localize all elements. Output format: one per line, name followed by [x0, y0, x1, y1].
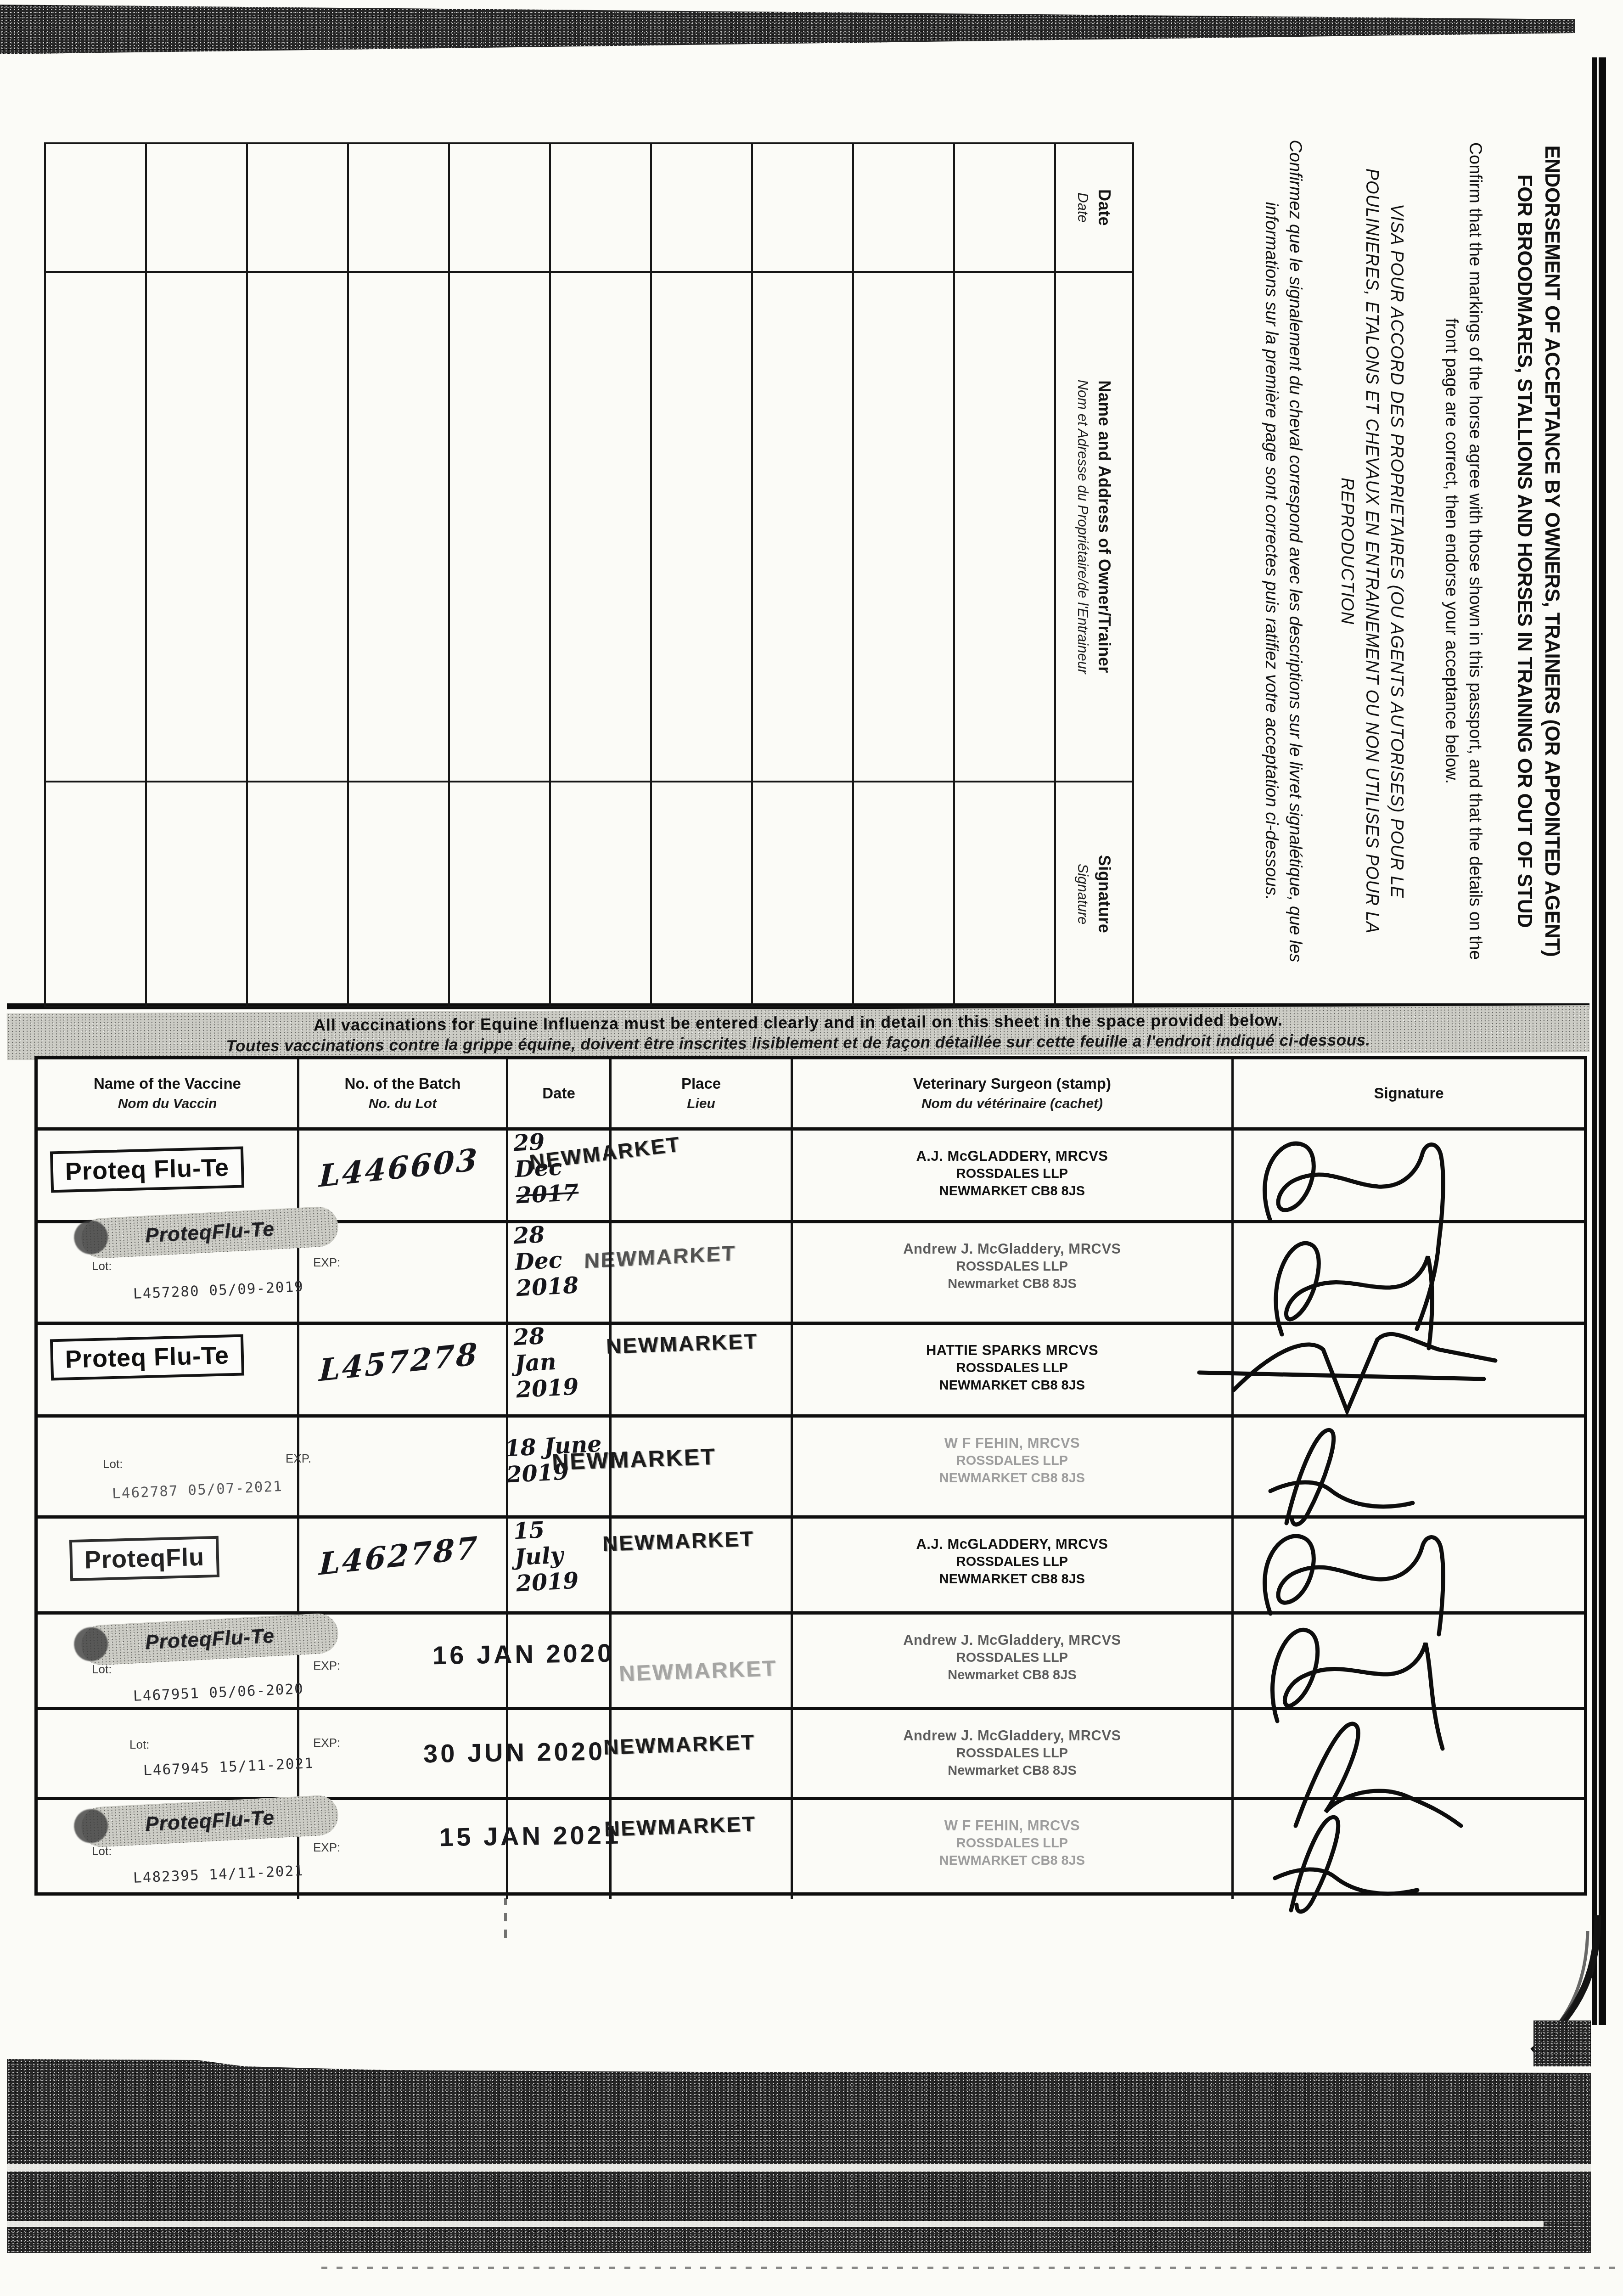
- vet-cell: Andrew J. McGladdery, MRCVS ROSSDALES LL…: [793, 1710, 1234, 1800]
- date-cell: 28 Jan 2019: [508, 1325, 612, 1418]
- place-cell: NEWMARKET: [612, 1800, 793, 1899]
- vet-name: W F FEHIN, MRCVS: [793, 1817, 1231, 1835]
- sticker-label: ProteqFlu-Te: [145, 1218, 275, 1248]
- signature-scribble: [1208, 1796, 1530, 1916]
- vaccine-stamp: Proteq Flu-Te: [50, 1147, 244, 1193]
- vet-cell: A.J. McGLADDERY, MRCVS ROSSDALES LLP NEW…: [793, 1131, 1234, 1223]
- vaccine-cell: Lot: EXP. L462787 05/07-2021: [38, 1418, 299, 1519]
- header-signature-label: Signature: [1374, 1085, 1443, 1102]
- header-vet: Veterinary Surgeon (stamp) Nom du vétéri…: [793, 1059, 1234, 1131]
- endorsement-empty-row: [45, 143, 146, 1007]
- signature-cell: [1234, 1418, 1584, 1519]
- place-cell: NEWMARKET: [612, 1519, 793, 1615]
- vaccine-stamp: Proteq Flu-Te: [50, 1334, 244, 1381]
- place-stamp: NEWMARKET: [551, 1443, 716, 1475]
- scan-artifact-right-border: [1592, 57, 1606, 2025]
- header-place-fr: Lieu: [687, 1096, 715, 1112]
- vaccine-cell: ProteqFlu-Te Lot: EXP: L482395 14/11-202…: [38, 1800, 299, 1899]
- vet-stamp: A.J. McGLADDERY, MRCVS ROSSDALES LLP NEW…: [793, 1535, 1231, 1588]
- batch-cell: [299, 1418, 508, 1519]
- vet-stamp: HATTIE SPARKS MRCVS ROSSDALES LLP NEWMAR…: [793, 1341, 1231, 1395]
- endorsement-empty-row: [651, 143, 752, 1007]
- vaccine-cell: ProteqFlu-Te Lot: EXP: L467951 05/06-202…: [38, 1615, 299, 1710]
- date-year: 2017: [516, 1179, 579, 1209]
- scan-artifact-dashed-line: [321, 2267, 1622, 2269]
- endorsement-text-block: ENDORSEMENT OF ACCEPTANCE BY OWNERS, TRA…: [1178, 117, 1563, 985]
- vaccine-stamp: ProteqFlu: [69, 1536, 219, 1581]
- vet-address: NEWMARKET CB8 8JS: [793, 1852, 1231, 1870]
- place-cell: NEWMARKET: [612, 1710, 793, 1800]
- vet-name: Andrew J. McGladdery, MRCVS: [793, 1727, 1231, 1745]
- header-batch: No. of the Batch No. du Lot: [299, 1059, 508, 1131]
- signature-cell: [1234, 1710, 1584, 1800]
- horse-passport-page: Date Date Name and Address of Owner/Trai…: [0, 0, 1623, 2296]
- lot-number: L482395 14/11-2021: [133, 1863, 304, 1886]
- lot-label: Lot:: [92, 1844, 112, 1858]
- header-date-label: Date: [542, 1085, 575, 1102]
- vet-practice: ROSSDALES LLP: [793, 1745, 1231, 1762]
- endorsement-empty-row: [146, 143, 247, 1007]
- header-date: Date: [508, 1059, 612, 1131]
- vet-practice: ROSSDALES LLP: [793, 1649, 1231, 1667]
- place-stamp: NEWMARKET: [618, 1656, 777, 1687]
- vet-address: NEWMARKET CB8 8JS: [793, 1183, 1231, 1200]
- date-cell: 28 Dec 2018: [508, 1223, 612, 1325]
- col-label-signature-fr: Signature: [1074, 782, 1091, 1006]
- col-label-date-en: Date: [1095, 144, 1114, 271]
- date-handwritten: 15 July 2019: [513, 1515, 579, 1597]
- date-year: 2018: [516, 1272, 579, 1301]
- scan-artifact-bottom-band: [7, 2057, 1591, 2253]
- endorsement-empty-row: [752, 143, 853, 1007]
- date-cell: 16 JAN 2020: [508, 1615, 612, 1710]
- vet-stamp: Andrew J. McGladdery, MRCVS ROSSDALES LL…: [793, 1631, 1231, 1684]
- signature-cell: [1234, 1615, 1584, 1710]
- batch-cell: L462787: [299, 1519, 508, 1615]
- vaccination-instruction-band: All vaccinations for Equine Influenza mu…: [7, 1005, 1589, 1060]
- endorsement-empty-row: [954, 143, 1055, 1007]
- scan-artifact-corner-block: [1533, 2020, 1591, 2066]
- scan-artifact-tick: [504, 1898, 507, 1938]
- endorsement-header-row: Date Date Name and Address of Owner/Trai…: [1055, 143, 1133, 1007]
- endorsement-col-owner: Name and Address of Owner/Trainer Nom et…: [1055, 272, 1133, 782]
- header-vet-fr: Nom du vétérinaire (cachet): [921, 1096, 1103, 1112]
- signature-cell: [1234, 1800, 1584, 1899]
- signature-cell: [1234, 1223, 1584, 1325]
- place-stamp: NEWMARKET: [603, 1729, 756, 1760]
- lot-label: Lot:: [129, 1738, 149, 1752]
- date-cell: 15 JAN 2021: [508, 1800, 612, 1899]
- lot-number: L457280 05/09-2019: [133, 1278, 304, 1302]
- lot-number: L462787 05/07-2021: [112, 1478, 283, 1502]
- date-cell: 15 July 2019: [508, 1519, 612, 1615]
- date-handwritten: 28 Jan 2019: [513, 1322, 579, 1403]
- lot-label: Lot:: [92, 1259, 112, 1273]
- endorsement-col-signature: Signature Signature: [1055, 782, 1133, 1007]
- vet-address: Newmarket CB8 8JS: [793, 1667, 1231, 1684]
- vaccine-cell: Proteq Flu-Te: [38, 1325, 299, 1418]
- lot-label: Lot:: [103, 1457, 123, 1471]
- endorsement-confirm-en: Confirm that the markings of the horse a…: [1439, 133, 1487, 969]
- vet-practice: ROSSDALES LLP: [793, 1165, 1231, 1183]
- vet-practice: ROSSDALES LLP: [793, 1835, 1231, 1852]
- vaccine-cell: ProteqFlu-Te Lot: EXP: L457280 05/09-201…: [38, 1223, 299, 1325]
- batch-cell: [299, 1223, 508, 1325]
- vaccination-instruction-en: All vaccinations for Equine Influenza mu…: [314, 1010, 1283, 1035]
- endorsement-title-line1: ENDORSEMENT OF ACCEPTANCE BY OWNERS, TRA…: [1540, 145, 1563, 957]
- place-cell: NEWMARKET: [612, 1615, 793, 1710]
- endorsement-empty-row: [449, 143, 550, 1007]
- header-vaccine-fr: Nom du Vaccin: [118, 1096, 217, 1112]
- signature-cell: [1234, 1131, 1584, 1223]
- vet-stamp: Andrew J. McGladdery, MRCVS ROSSDALES LL…: [793, 1240, 1231, 1293]
- date-day: 15: [513, 1515, 577, 1545]
- vet-name: W F FEHIN, MRCVS: [793, 1434, 1231, 1452]
- header-place: Place Lieu: [612, 1059, 793, 1131]
- endorsement-table: Date Date Name and Address of Owner/Trai…: [44, 142, 1134, 1006]
- place-cell: NEWMARKET: [612, 1223, 793, 1325]
- vet-cell: Andrew J. McGladdery, MRCVS ROSSDALES LL…: [793, 1615, 1234, 1710]
- batch-handwritten: L446603: [319, 1141, 480, 1194]
- date-day: 28: [513, 1322, 577, 1351]
- vet-cell: W F FEHIN, MRCVS ROSSDALES LLP NEWMARKET…: [793, 1418, 1234, 1519]
- date-year: 2019: [516, 1567, 579, 1597]
- vet-address: NEWMARKET CB8 8JS: [793, 1377, 1231, 1395]
- header-signature: Signature: [1234, 1059, 1584, 1131]
- lot-label: Lot:: [92, 1662, 112, 1677]
- signature-cell: [1234, 1519, 1584, 1615]
- date-handwritten: 28 Dec 2018: [513, 1220, 579, 1302]
- col-label-owner-fr: Nom et Adresse du Propriétaire/de l'Entr…: [1074, 273, 1091, 781]
- vet-practice: ROSSDALES LLP: [793, 1452, 1231, 1470]
- batch-handwritten: L457278: [319, 1335, 480, 1388]
- place-cell: NEWMARKET: [612, 1325, 793, 1418]
- endorsement-empty-row: [853, 143, 954, 1007]
- sticker-label: ProteqFlu-Te: [145, 1625, 275, 1654]
- header-vaccine-en: Name of the Vaccine: [94, 1075, 241, 1092]
- place-cell: NEWMARKET: [612, 1131, 793, 1223]
- endorsement-title-line2: FOR BROODMARES, STALLIONS AND HORSES IN …: [1513, 174, 1536, 928]
- batch-cell: L457278: [299, 1325, 508, 1418]
- date-month: July: [514, 1541, 578, 1570]
- scan-artifact-top-bar: [0, 0, 1591, 60]
- lot-number: L467945 15/11-2021: [143, 1755, 314, 1779]
- vet-practice: ROSSDALES LLP: [793, 1360, 1231, 1377]
- sticker-label: ProteqFlu-Te: [145, 1806, 275, 1836]
- place-stamp: NEWMARKET: [606, 1328, 758, 1359]
- scan-band-gap: [7, 2221, 1544, 2227]
- vaccination-table: Name of the Vaccine Nom du Vaccin No. of…: [34, 1056, 1587, 1896]
- vet-stamp: W F FEHIN, MRCVS ROSSDALES LLP NEWMARKET…: [793, 1817, 1231, 1870]
- batch-cell: L446603: [299, 1131, 508, 1223]
- vaccine-cell: ProteqFlu: [38, 1519, 299, 1615]
- vet-name: A.J. McGLADDERY, MRCVS: [793, 1147, 1231, 1165]
- header-vet-en: Veterinary Surgeon (stamp): [913, 1075, 1111, 1092]
- endorsement-empty-row: [348, 143, 449, 1007]
- header-vaccine: Name of the Vaccine Nom du Vaccin: [38, 1059, 299, 1131]
- vet-cell: W F FEHIN, MRCVS ROSSDALES LLP NEWMARKET…: [793, 1800, 1234, 1899]
- vet-stamp: W F FEHIN, MRCVS ROSSDALES LLP NEWMARKET…: [793, 1434, 1231, 1487]
- vaccine-cell: Lot: EXP: L467945 15/11-2021: [38, 1710, 299, 1800]
- lot-number: L467951 05/06-2020: [133, 1681, 304, 1705]
- header-batch-fr: No. du Lot: [369, 1096, 437, 1112]
- place-cell: NEWMARKET: [612, 1418, 793, 1519]
- vet-name: Andrew J. McGladdery, MRCVS: [793, 1240, 1231, 1258]
- vet-stamp: Andrew J. McGladdery, MRCVS ROSSDALES LL…: [793, 1727, 1231, 1780]
- date-cell: 30 JUN 2020: [508, 1710, 612, 1800]
- vet-stamp: A.J. McGLADDERY, MRCVS ROSSDALES LLP NEW…: [793, 1147, 1231, 1200]
- vet-name: Andrew J. McGladdery, MRCVS: [793, 1631, 1231, 1649]
- endorsement-confirm-fr: Confirmez que le signalement du cheval c…: [1259, 133, 1307, 969]
- place-stamp: NEWMARKET: [604, 1811, 757, 1841]
- vet-practice: ROSSDALES LLP: [793, 1258, 1231, 1276]
- endorsement-col-date: Date Date: [1055, 143, 1133, 272]
- vet-cell: Andrew J. McGladdery, MRCVS ROSSDALES LL…: [793, 1223, 1234, 1325]
- vet-name: A.J. McGLADDERY, MRCVS: [793, 1535, 1231, 1553]
- vet-cell: A.J. McGLADDERY, MRCVS ROSSDALES LLP NEW…: [793, 1519, 1234, 1615]
- scan-band-gap: [7, 2164, 1591, 2172]
- vet-address: NEWMARKET CB8 8JS: [793, 1470, 1231, 1487]
- endorsement-visa-fr: VISA POUR ACCORD DES PROPRIETAIRES (OU A…: [1335, 165, 1409, 937]
- date-month: Dec: [514, 1246, 578, 1275]
- col-label-date-fr: Date: [1074, 144, 1091, 271]
- header-batch-en: No. of the Batch: [345, 1075, 461, 1092]
- col-label-signature-en: Signature: [1095, 782, 1114, 1006]
- vaccination-instruction-fr: Toutes vaccinations contre la grippe équ…: [226, 1031, 1370, 1055]
- date-day: 28: [513, 1220, 577, 1249]
- vet-address: NEWMARKET CB8 8JS: [793, 1571, 1231, 1588]
- header-place-en: Place: [681, 1075, 721, 1092]
- vet-cell: HATTIE SPARKS MRCVS ROSSDALES LLP NEWMAR…: [793, 1325, 1234, 1418]
- date-month: Jan: [514, 1347, 578, 1377]
- signature-cell: [1234, 1325, 1584, 1418]
- vet-practice: ROSSDALES LLP: [793, 1553, 1231, 1571]
- endorsement-empty-row: [550, 143, 651, 1007]
- place-stamp: NEWMARKET: [602, 1526, 755, 1556]
- date-year: 2019: [516, 1373, 579, 1403]
- vet-address: Newmarket CB8 8JS: [793, 1276, 1231, 1293]
- vet-address: Newmarket CB8 8JS: [793, 1762, 1231, 1780]
- batch-handwritten: L462787: [319, 1529, 480, 1582]
- col-label-owner-en: Name and Address of Owner/Trainer: [1095, 273, 1114, 781]
- vet-name: HATTIE SPARKS MRCVS: [793, 1341, 1231, 1360]
- endorsement-empty-row: [247, 143, 348, 1007]
